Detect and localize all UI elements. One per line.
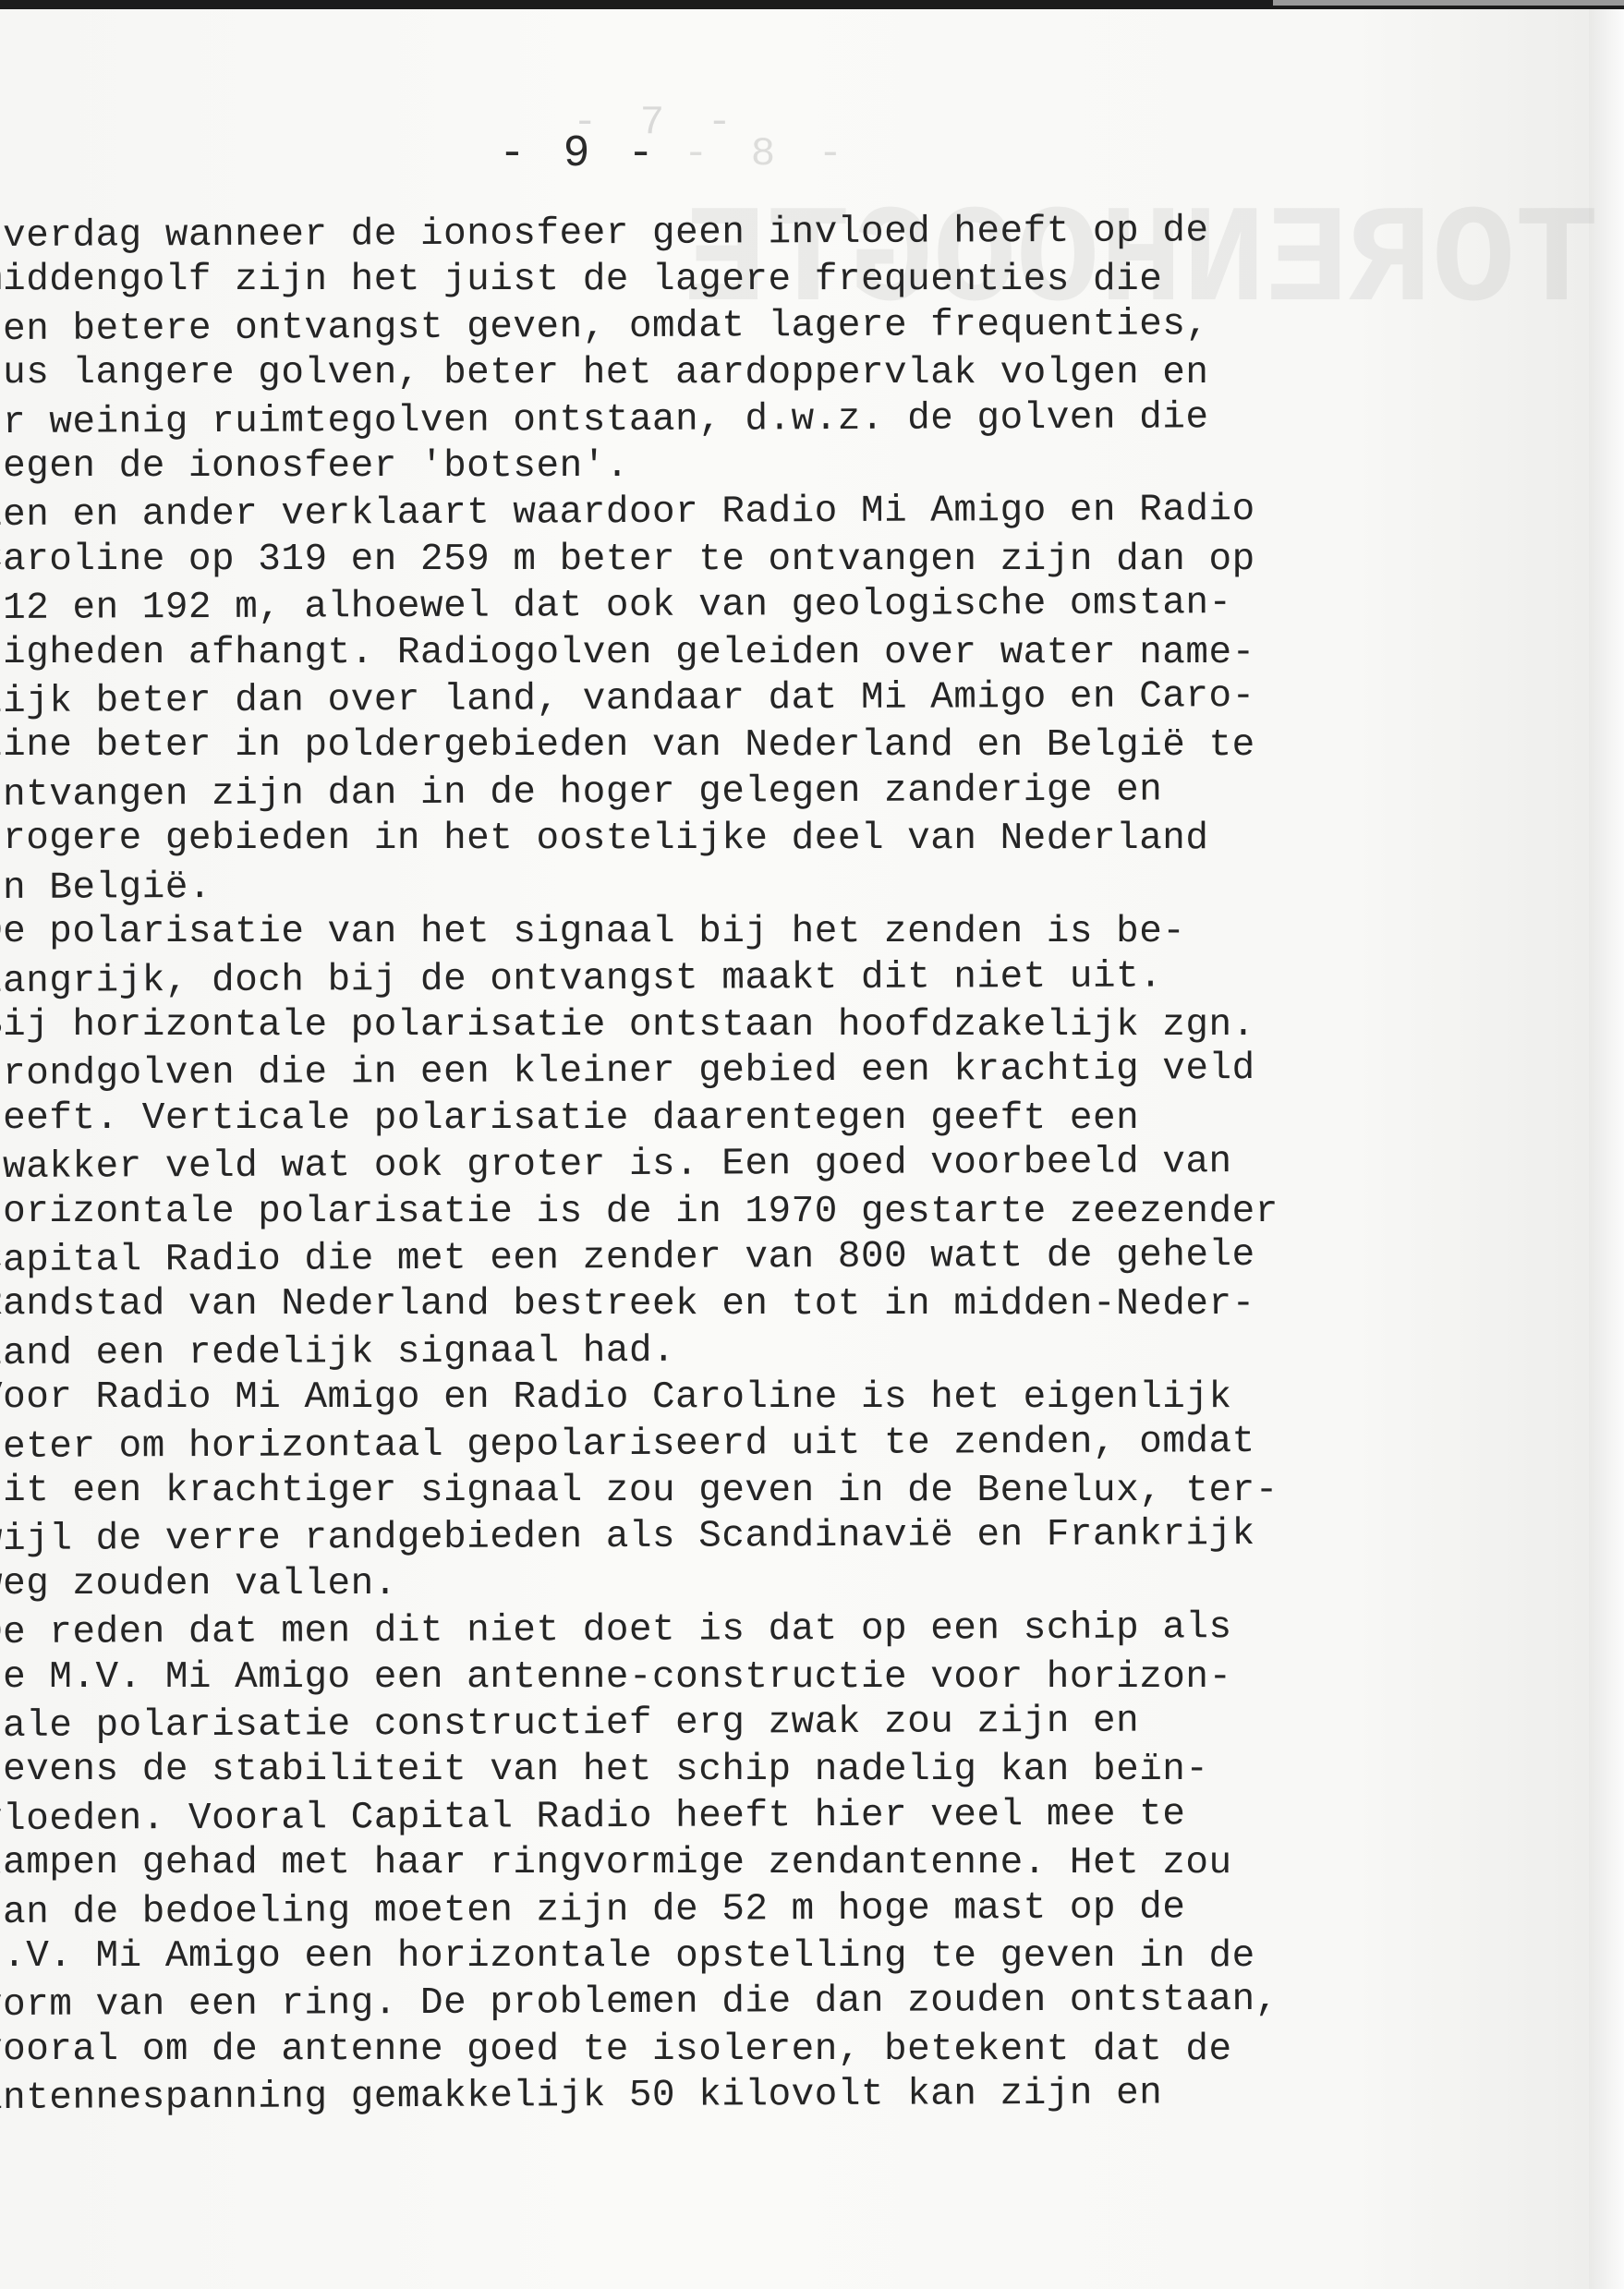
text-line: drogere gebieden in het oostelijke deel … xyxy=(0,816,1279,862)
text-line: en België. xyxy=(0,860,1279,913)
text-line: vloeden. Vooral Capital Radio heeft hier… xyxy=(0,1791,1279,1844)
text-line: een betere ontvangst geven, omdat lagere… xyxy=(0,301,1279,354)
text-line: dit een krachtiger signaal zou geven in … xyxy=(0,1468,1279,1514)
text-line: weg zouden vallen. xyxy=(0,1561,1279,1607)
text-line: De polarisatie van het signaal bij het z… xyxy=(0,909,1279,955)
text-line: ontvangen zijn dan in de hoger gelegen z… xyxy=(0,767,1279,819)
text-line: Randstad van Nederland bestreek en tot i… xyxy=(0,1281,1279,1327)
text-line: middengolf zijn het juist de lagere freq… xyxy=(0,257,1279,303)
text-line: langrijk, doch bij de ontvangst maakt di… xyxy=(0,952,1279,1005)
text-line: beter om horizontaal gepolariseerd uit t… xyxy=(0,1418,1279,1471)
text-line: M.V. Mi Amigo een horizontale opstelling… xyxy=(0,1933,1279,1980)
text-line: De reden dat men dit niet doet is dat op… xyxy=(0,1605,1279,1657)
text-line: digheden afhangt. Radiogolven geleiden o… xyxy=(0,630,1279,676)
text-line: Caroline op 319 en 259 m beter te ontvan… xyxy=(0,537,1279,583)
text-line: Capital Radio die met een zender van 800… xyxy=(0,1232,1279,1285)
text-line: overdag wanneer de ionosfeer geen invloe… xyxy=(0,208,1279,260)
text-line: kampen gehad met haar ringvormige zendan… xyxy=(0,1840,1279,1886)
typewritten-body-text: overdag wanneer de ionosfeer geen invloe… xyxy=(0,211,1279,2120)
text-line: dan de bedoeling moeten zijn de 52 m hog… xyxy=(0,1884,1279,1937)
text-line: vorm van een ring. De problemen die dan … xyxy=(0,1977,1279,2029)
text-line: 212 en 192 m, alhoewel dat ook van geolo… xyxy=(0,580,1279,633)
text-line: antennespanning gemakkelijk 50 kilovolt … xyxy=(0,2070,1279,2123)
text-line: wijl de verre randgebieden als Scandinav… xyxy=(0,1511,1279,1564)
text-line: tevens de stabiliteit van het schip nade… xyxy=(0,1747,1279,1793)
text-line: grondgolven die in een kleiner gebied ee… xyxy=(0,1046,1279,1098)
page-number: - 9 - xyxy=(499,129,660,179)
text-line: dus langere golven, beter het aardopperv… xyxy=(0,350,1279,396)
text-line: land een redelijk signaal had. xyxy=(0,1326,1279,1378)
text-line: Bij horizontale polarisatie ontstaan hoo… xyxy=(0,1002,1279,1048)
text-line: Een en ander verklaart waardoor Radio Mi… xyxy=(0,487,1279,539)
text-line: vooral om de antenne goed te isoleren, b… xyxy=(0,2027,1279,2073)
page-edge-shadow xyxy=(1589,9,1624,2289)
text-line: lijk beter dan over land, vandaar dat Mi… xyxy=(0,673,1279,726)
text-line: de M.V. Mi Amigo een antenne-constructie… xyxy=(0,1654,1279,1701)
scan-top-border xyxy=(0,0,1624,9)
text-line: tale polarisatie constructief erg zwak z… xyxy=(0,1698,1279,1750)
text-line: zwakker veld wat ook groter is. Een goed… xyxy=(0,1139,1279,1192)
text-line: geeft. Verticale polarisatie daarentegen… xyxy=(0,1096,1279,1142)
text-line: er weinig ruimtegolven ontstaan, d.w.z. … xyxy=(0,394,1279,447)
show-through-page-number-2: - 8 - xyxy=(684,131,852,177)
text-line: Voor Radio Mi Amigo en Radio Caroline is… xyxy=(0,1375,1279,1421)
text-line: horizontale polarisatie is de in 1970 ge… xyxy=(0,1189,1279,1235)
text-line: tegen de ionosfeer 'botsen'. xyxy=(0,443,1279,490)
text-line: line beter in poldergebieden van Nederla… xyxy=(0,722,1279,769)
